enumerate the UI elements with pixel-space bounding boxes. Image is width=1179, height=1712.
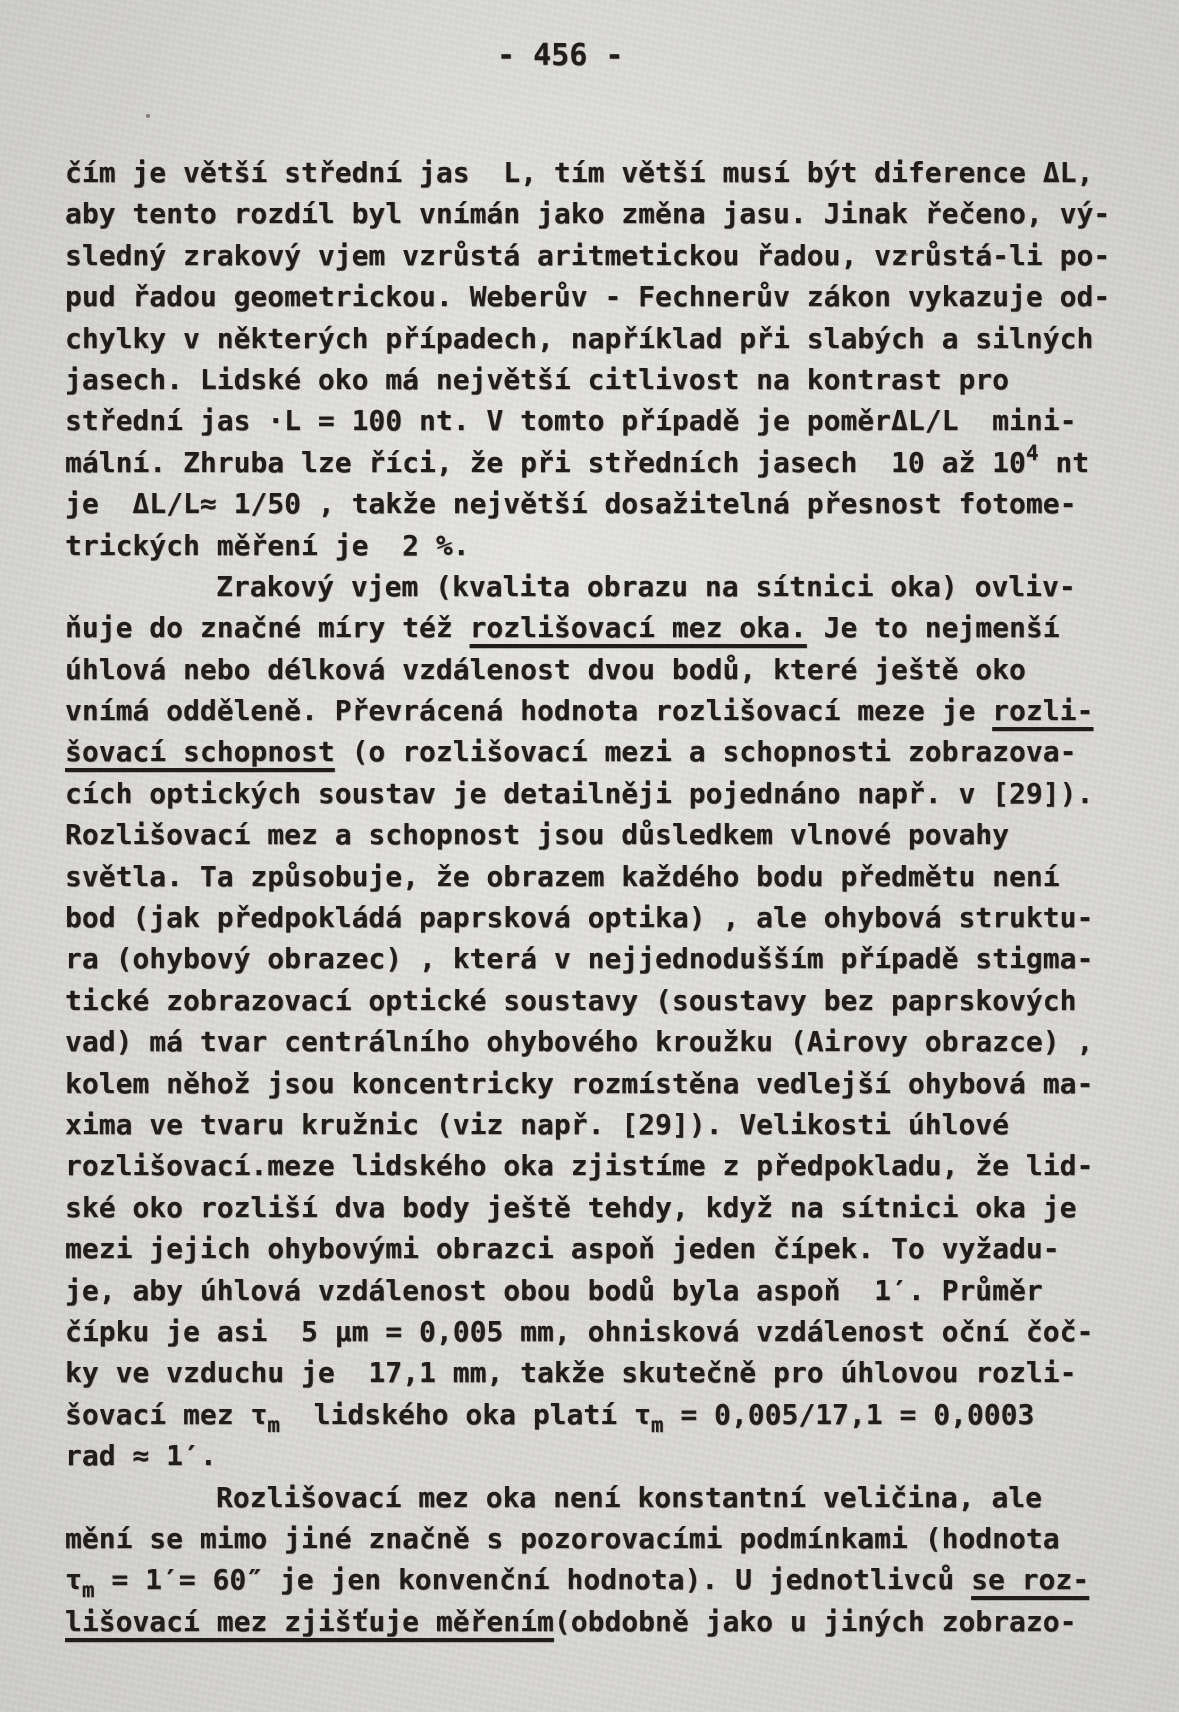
text-segment: mění se mimo jiné značně s pozorovacími … bbox=[65, 1522, 1060, 1555]
text-segment: Zrakový vjem (kvalita obrazu na sítnici … bbox=[216, 570, 1076, 603]
text-line: chylky v některých případech, například … bbox=[65, 318, 1175, 359]
paper-speck bbox=[905, 253, 908, 256]
text-line: mální. Zhruba lze říci, že při středních… bbox=[65, 442, 1175, 483]
text-line: ky ve vzduchu je 17,1 mm, takže skutečně… bbox=[65, 1352, 1175, 1393]
text-segment: (o rozlišovací mezi a schopnosti zobrazo… bbox=[335, 735, 1077, 768]
text-line: bod (jak předpokládá paprsková optika) ,… bbox=[65, 897, 1175, 938]
text-line: Rozlišovací mez a schopnost jsou důsledk… bbox=[65, 814, 1175, 855]
text-line: světla. Ta způsobuje, že obrazem každého… bbox=[65, 856, 1175, 897]
text-segment: trických měření je 2 %. bbox=[65, 529, 470, 562]
text-line: čípku je asi 5 μm = 0,005 mm, ohnisková … bbox=[65, 1311, 1175, 1352]
text-line: šovací mez τm lidského oka platí τm = 0,… bbox=[65, 1394, 1175, 1435]
text-line: vad) má tvar centrálního ohybového krouž… bbox=[65, 1021, 1175, 1062]
underlined-text: rozli- bbox=[992, 694, 1093, 727]
text-segment: lidského oka platí τ bbox=[280, 1398, 651, 1431]
text-segment: pud řadou geometrickou. Weberův - Fechne… bbox=[65, 280, 1110, 313]
text-line: Rozlišovací mez oka není konstantní veli… bbox=[65, 1477, 1175, 1518]
scanned-document-page: - 456 - čím je větší střední jas L, tím … bbox=[0, 0, 1179, 1712]
text-line: trických měření je 2 %. bbox=[65, 525, 1175, 566]
text-segment: Je to nejmenší bbox=[807, 611, 1060, 644]
text-segment: jasech. Lidské oko má největší citlivost… bbox=[65, 363, 1009, 396]
text-line: ské oko rozliší dva body ještě tehdy, kd… bbox=[65, 1187, 1175, 1228]
text-segment: ky ve vzduchu je 17,1 mm, takže skutečně… bbox=[65, 1356, 1076, 1389]
text-line: vnímá odděleně. Převrácená hodnota rozli… bbox=[65, 690, 1175, 731]
text-line: cích optických soustav je detailněji poj… bbox=[65, 773, 1175, 814]
text-segment: Rozlišovací mez oka není konstantní veli… bbox=[216, 1481, 1042, 1514]
text-segment: čím je větší střední jas L, tím větší mu… bbox=[65, 156, 1093, 189]
page-text: čím je větší střední jas L, tím větší mu… bbox=[65, 152, 1175, 1642]
text-line: jasech. Lidské oko má největší citlivost… bbox=[65, 359, 1175, 400]
page-number: - 456 - bbox=[497, 38, 623, 73]
text-line: xima ve tvaru kružnic (viz např. [29]). … bbox=[65, 1104, 1175, 1145]
text-line: pud řadou geometrickou. Weberův - Fechne… bbox=[65, 276, 1175, 317]
text-segment: ra (ohybový obrazec) , která v nejjednod… bbox=[65, 942, 1093, 975]
text-segment: = 0,005/17,1 = 0,0003 bbox=[663, 1398, 1034, 1431]
text-segment: 4 bbox=[1026, 441, 1039, 465]
text-segment: nt bbox=[1039, 446, 1090, 479]
text-line: ra (ohybový obrazec) , která v nejjednod… bbox=[65, 938, 1175, 979]
underlined-text: rozlišovací mez oka. bbox=[470, 611, 807, 644]
text-segment: m bbox=[82, 1578, 95, 1602]
text-segment: mezi jejich ohybovými obrazci aspoň jede… bbox=[65, 1232, 1060, 1265]
text-segment: cích optických soustav je detailněji poj… bbox=[65, 777, 1093, 810]
text-segment: aby tento rozdíl byl vnímán jako změna j… bbox=[65, 197, 1110, 230]
text-segment: je, aby úhlová vzdálenost obou bodů byla… bbox=[65, 1274, 1043, 1307]
text-segment: mální. Zhruba lze říci, že při středních… bbox=[65, 446, 1026, 479]
text-line: kolem něhož jsou koncentricky rozmístěna… bbox=[65, 1063, 1175, 1104]
text-segment: šovací mez τ bbox=[65, 1398, 267, 1431]
text-segment: vad) má tvar centrálního ohybového krouž… bbox=[65, 1025, 1093, 1058]
text-line: rozlišovací.meze lidského oka zjistíme z… bbox=[65, 1145, 1175, 1186]
text-segment: Rozlišovací mez a schopnost jsou důsledk… bbox=[65, 818, 1009, 851]
text-segment: chylky v některých případech, například … bbox=[65, 322, 1093, 355]
text-segment: = 1′= 60″ je jen konvenční hodnota). U j… bbox=[95, 1563, 972, 1596]
text-line: rad ≈ 1′. bbox=[65, 1435, 1175, 1476]
text-segment: střední jas ·L = 100 nt. V tomto případě… bbox=[65, 404, 1076, 437]
text-segment: sledný zrakový vjem vzrůstá aritmetickou… bbox=[65, 239, 1110, 272]
text-segment: (obdobně jako u jiných zobrazo- bbox=[554, 1605, 1077, 1638]
text-segment: vnímá odděleně. Převrácená hodnota rozli… bbox=[65, 694, 992, 727]
text-line: tické zobrazovací optické soustavy (sous… bbox=[65, 980, 1175, 1021]
text-line: je ΔL/L≈ 1/50 , takže největší dosažitel… bbox=[65, 483, 1175, 524]
text-line: aby tento rozdíl byl vnímán jako změna j… bbox=[65, 193, 1175, 234]
text-segment: čípku je asi 5 μm = 0,005 mm, ohnisková … bbox=[65, 1315, 1093, 1348]
text-line: mezi jejich ohybovými obrazci aspoň jede… bbox=[65, 1228, 1175, 1269]
text-line: čím je větší střední jas L, tím větší mu… bbox=[65, 152, 1175, 193]
underlined-text: se roz- bbox=[971, 1563, 1089, 1596]
text-line: ňuje do značné míry též rozlišovací mez … bbox=[65, 607, 1175, 648]
text-line: lišovací mez zjišťuje měřením(obdobně ja… bbox=[65, 1601, 1175, 1642]
text-segment: bod (jak předpokládá paprsková optika) ,… bbox=[65, 901, 1093, 934]
text-segment: světla. Ta způsobuje, že obrazem každého… bbox=[65, 860, 1060, 893]
text-line: úhlová nebo délková vzdálenost dvou bodů… bbox=[65, 649, 1175, 690]
text-segment: ňuje do značné míry též bbox=[65, 611, 470, 644]
text-line: τm = 1′= 60″ je jen konvenční hodnota). … bbox=[65, 1559, 1175, 1600]
paper-speck bbox=[146, 114, 150, 118]
underlined-text: lišovací mez zjišťuje měřením bbox=[65, 1605, 554, 1638]
text-segment: kolem něhož jsou koncentricky rozmístěna… bbox=[65, 1067, 1093, 1100]
text-segment: xima ve tvaru kružnic (viz např. [29]). … bbox=[65, 1108, 1009, 1141]
text-line: je, aby úhlová vzdálenost obou bodů byla… bbox=[65, 1270, 1175, 1311]
text-line: střední jas ·L = 100 nt. V tomto případě… bbox=[65, 400, 1175, 441]
text-segment: tické zobrazovací optické soustavy (sous… bbox=[65, 984, 1076, 1017]
text-line: mění se mimo jiné značně s pozorovacími … bbox=[65, 1518, 1175, 1559]
text-segment: je ΔL/L≈ 1/50 , takže největší dosažitel… bbox=[65, 487, 1076, 520]
text-segment: m bbox=[651, 1413, 664, 1437]
text-segment: ské oko rozliší dva body ještě tehdy, kd… bbox=[65, 1191, 1076, 1224]
text-segment: rad ≈ 1′. bbox=[65, 1439, 217, 1472]
text-line: sledný zrakový vjem vzrůstá aritmetickou… bbox=[65, 235, 1175, 276]
text-line: šovací schopnost (o rozlišovací mezi a s… bbox=[65, 731, 1175, 772]
text-segment: úhlová nebo délková vzdálenost dvou bodů… bbox=[65, 653, 1026, 686]
underlined-text: šovací schopnost bbox=[65, 735, 335, 768]
text-line: Zrakový vjem (kvalita obrazu na sítnici … bbox=[65, 566, 1175, 607]
text-segment: m bbox=[267, 1413, 280, 1437]
text-segment: τ bbox=[65, 1563, 82, 1596]
text-segment: rozlišovací.meze lidského oka zjistíme z… bbox=[65, 1149, 1093, 1182]
